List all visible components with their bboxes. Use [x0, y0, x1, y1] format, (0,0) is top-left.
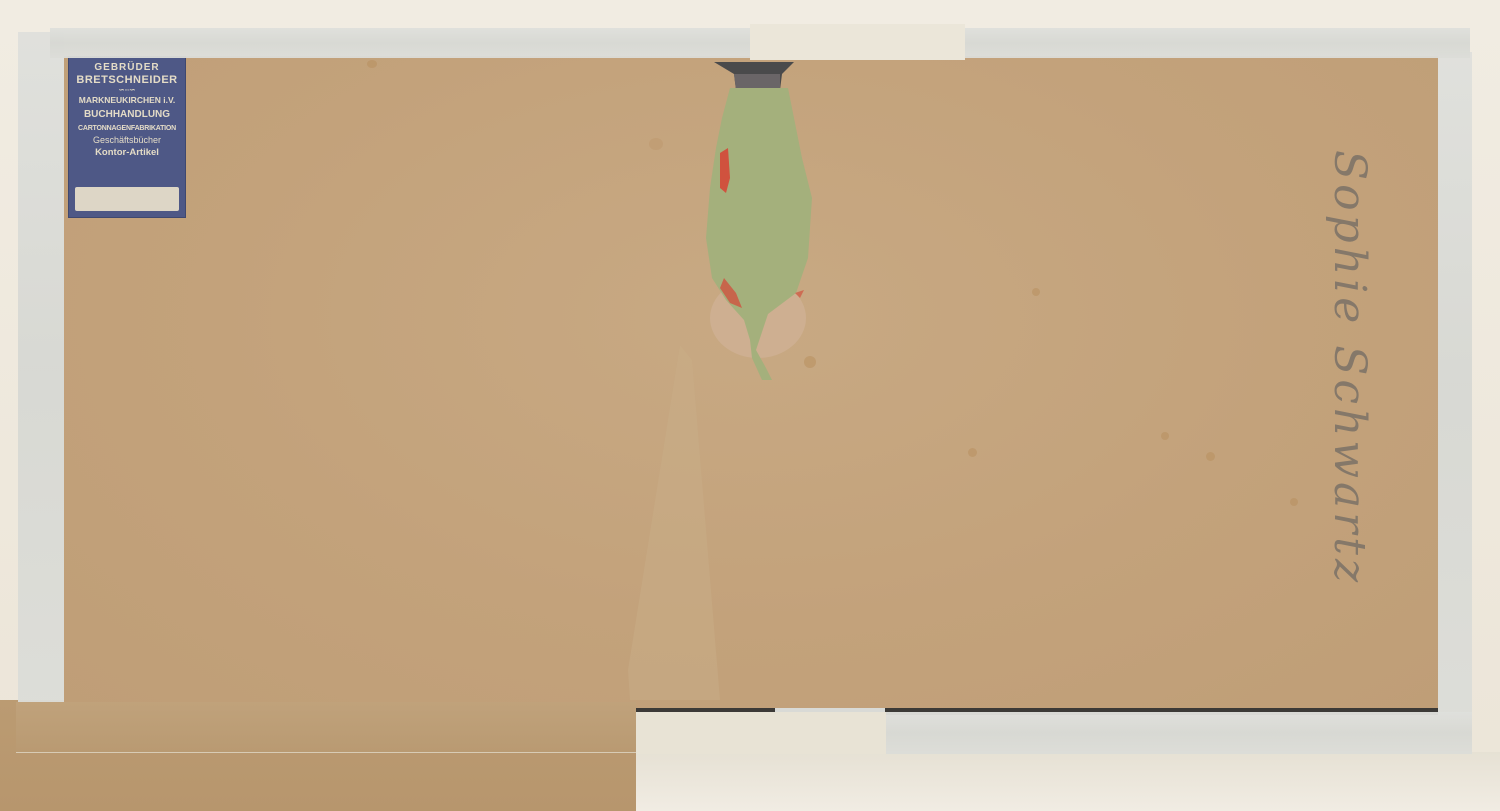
mount-lower-edge: [636, 752, 1500, 811]
hinge-tape-left: [18, 32, 64, 702]
foxing-spot: [1206, 452, 1215, 461]
dark-paint-fragment: [714, 60, 794, 90]
foxing-spot: [968, 448, 977, 457]
hinge-tape-right: [1434, 52, 1472, 717]
label-line-cartonnagen: CARTONNAGENFABRIKATION: [69, 125, 185, 132]
foxing-spot: [649, 138, 663, 150]
label-blank-field: [75, 187, 179, 211]
label-line-kontor: Kontor-Artikel: [69, 148, 185, 158]
foxing-spot: [1161, 432, 1169, 440]
label-ornament: ∽◦◦∽: [69, 87, 185, 94]
bookseller-label: GEBRÜDER BRETSCHNEIDER ∽◦◦∽ MARKNEUKIRCH…: [68, 56, 186, 218]
label-line-town: MARKNEUKIRCHEN i.V.: [69, 96, 185, 105]
foxing-spot: [1290, 498, 1298, 506]
foxing-spot: [367, 60, 377, 68]
label-line-geschaeftsbuecher: Geschäftsbücher: [69, 136, 185, 145]
brown-paper-strip: [16, 702, 636, 753]
label-line-bretschneider: BRETSCHNEIDER: [69, 75, 185, 86]
label-line-buchhandlung: BUCHHANDLUNG: [69, 110, 185, 120]
pencil-inscription: Sophie Schwartz: [1315, 150, 1375, 570]
green-paint-remnant: [700, 88, 820, 388]
label-line-gebrueder: GEBRÜDER: [69, 63, 185, 73]
hinge-tape-top-overlap: [750, 24, 965, 60]
offset-stain: [620, 340, 730, 710]
foxing-spot: [1032, 288, 1040, 296]
hinge-tape-bottom-overlap: [636, 712, 886, 754]
